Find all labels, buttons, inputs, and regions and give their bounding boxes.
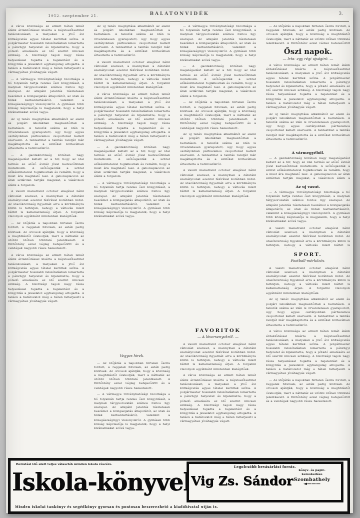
article-headline: Őszi napok. (266, 47, 350, 56)
body-text: Az uj tanév megnyitása alkalmából az ele… (8, 117, 84, 151)
body-text: A vasuti menetrend october elsejével ném… (8, 189, 84, 218)
body-text: Az uj tanév megnyitása alkalmából az ele… (266, 112, 350, 141)
ad-bottom-line: Minden iskolai tankönyv és segédkönyv gy… (15, 505, 341, 509)
column-4-item-2: — A vármegye törvényhatósági bizottsága … (266, 190, 350, 248)
ad-right-block: könyv- és papir- kereskedése Szombathely… (286, 469, 338, 488)
section-sub-favoritok: — A lóversenyekről. — (180, 335, 256, 339)
column-3-top: — A vármegye törvényhatósági bizottsága … (180, 24, 256, 324)
section-header-col2: Vegyes hirek. (94, 354, 170, 358)
column-4-item-1: — A gazdaközönség körében nagy megeléged… (266, 156, 350, 182)
article-subtitle: — Irta: egy régi ujságiró. — (266, 57, 350, 61)
column-2-top: Az uj tanév megnyitása alkalmából az ele… (94, 24, 170, 354)
header-page-number: 3. (339, 12, 343, 17)
news-item-header-1: A vármegyéből. (266, 150, 350, 155)
column-4: — Az időjárás a napokban hirtelen őszire… (266, 24, 350, 456)
body-text: — A gazdaközönség körében nagy megeléged… (180, 64, 256, 98)
column-4-intro: — Az időjárás a napokban hirtelen őszire… (266, 24, 350, 44)
body-text: A város közönsége az elmult héten ismét … (8, 24, 84, 74)
body-text: A vasuti menetrend october elsejével ném… (266, 226, 350, 248)
body-text: — Az időjárás a napokban hirtelen őszire… (266, 24, 350, 44)
body-text: A vasuti menetrend october elsejével ném… (180, 168, 256, 197)
body-text: A vasuti menetrend october elsejével ném… (266, 266, 350, 295)
news-item-header-2: Az uj vasut. (266, 184, 350, 189)
body-text: A város közönsége az elmult héten ismét … (180, 373, 256, 423)
body-text: — Az időjárás a napokban hirtelen őszire… (266, 378, 350, 403)
body-text: — Az időjárás a napokban hirtelen őszire… (94, 361, 170, 390)
body-text: — Az időjárás a napokban hirtelen őszire… (8, 221, 84, 250)
ad-dealer-name: Vig Zs. Sándor (191, 473, 293, 488)
ad-inner-frame: Legolcsóbb bevásárlási forrás. Vig Zs. S… (188, 463, 342, 501)
column-3: — A vármegye törvényhatósági bizottsága … (180, 24, 256, 456)
body-text: Az uj tanév megnyitása alkalmából az ele… (266, 297, 350, 326)
ad-top-line: Beiratási idő alatt teljes választék min… (16, 462, 184, 466)
body-text: A város közönsége az elmult héten ismét … (8, 253, 84, 303)
body-text: — A gazdaközönség körében nagy megeléged… (8, 153, 84, 187)
body-text: — A vármegye törvényhatósági bizottsága … (8, 77, 84, 115)
column-2-bottom: — Az időjárás a napokban hirtelen őszire… (94, 361, 170, 447)
section-sub-sport: Football-mérkőzés. (266, 259, 350, 263)
header-rule (46, 21, 349, 22)
column-4-article: A város közönsége az elmult héten ismét … (266, 63, 350, 147)
column-4-sport: A vasuti menetrend october elsejével ném… (266, 266, 350, 434)
body-text: A vasuti menetrend october elsejével ném… (180, 342, 256, 371)
body-text: A vasuti menetrend october elsejével ném… (94, 60, 170, 89)
body-text: — A gazdaközönség körében nagy megeléged… (266, 156, 350, 182)
body-text: — A vármegye törvényhatósági bizottsága … (180, 24, 256, 62)
body-text: — A vármegye törvényhatósági bizottsága … (94, 181, 170, 219)
ad-main-title: Iskola-könyvek, (12, 468, 206, 497)
body-text: — A vármegye törvényhatósági bizottsága … (266, 190, 350, 224)
column-2: Az uj tanév megnyitása alkalmából az ele… (94, 24, 170, 456)
body-text: A város közönsége az elmult héten ismét … (94, 92, 170, 142)
bookstore-advertisement: Beiratási idő alatt teljes választék min… (8, 458, 350, 514)
newspaper-page: 1912. szeptember 21. BALATONVIDÉK 3. A v… (6, 8, 353, 513)
body-text: A város közönsége az elmult héten ismét … (266, 329, 350, 375)
running-header: 1912. szeptember 21. BALATONVIDÉK 3. (6, 10, 353, 22)
body-text: — Az időjárás a napokban hirtelen őszire… (180, 100, 256, 129)
body-text: Az uj tanév megnyitása alkalmából az ele… (94, 24, 170, 58)
newspaper-scan: { "header": { "date": "1912. szeptember … (0, 0, 360, 518)
column-1: A város közönsége az elmult héten ismét … (8, 24, 84, 456)
column-3-bottom: A vasuti menetrend october elsejével ném… (180, 342, 256, 442)
left-arrow-icon: ◄——— (286, 483, 338, 488)
body-text: — A gazdaközönség körében nagy megeléged… (94, 145, 170, 179)
section-header-sport: SPORT. (266, 252, 350, 258)
section-header-favoritok: FAVORITOK (180, 328, 256, 334)
body-text: Az uj tanév megnyitása alkalmából az ele… (180, 132, 256, 166)
body-text: A város közönsége az elmult héten ismét … (266, 63, 350, 109)
header-masthead: BALATONVIDÉK (6, 12, 353, 17)
body-text: — A vármegye törvényhatósági bizottsága … (94, 392, 170, 430)
